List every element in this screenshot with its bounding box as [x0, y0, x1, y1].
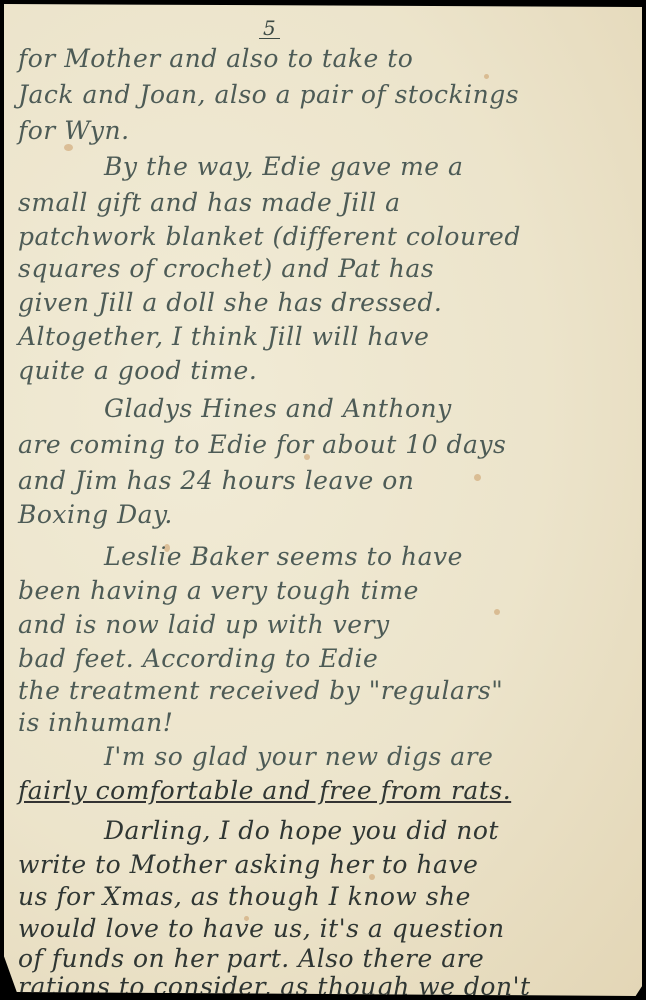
- letter-line: fairly comfortable and free from rats.: [18, 776, 511, 805]
- letter-line: is inhuman!: [18, 708, 173, 737]
- letter-line: small gift and has made Jill a: [18, 188, 401, 217]
- letter-line: write to Mother asking her to have: [18, 850, 478, 879]
- letter-line: Jack and Joan, also a pair of stockings: [18, 80, 519, 109]
- letter-line: us for Xmas, as though I know she: [18, 882, 471, 911]
- letter-page: 5 for Mother and also to take to Jack an…: [4, 4, 642, 996]
- letter-line: for Mother and also to take to: [18, 44, 413, 73]
- letter-line: Boxing Day.: [18, 500, 173, 529]
- letter-line: squares of crochet) and Pat has: [18, 254, 434, 283]
- letter-line: for Wyn.: [18, 116, 130, 145]
- stain: [474, 474, 481, 481]
- letter-line: are coming to Edie for about 10 days: [18, 430, 506, 459]
- stain: [494, 609, 500, 615]
- stain: [484, 74, 489, 79]
- letter-line: Gladys Hines and Anthony: [104, 394, 452, 423]
- letter-line: the treatment received by "regulars": [18, 676, 503, 705]
- letter-line: Altogether, I think Jill will have: [18, 322, 429, 351]
- letter-line: of funds on her part. Also there are: [18, 944, 484, 973]
- letter-line: By the way, Edie gave me a: [104, 152, 463, 181]
- stain: [64, 144, 73, 151]
- letter-line: and is now laid up with very: [18, 610, 390, 639]
- letter-line: rations to consider, as though we don't: [18, 972, 531, 996]
- letter-line: bad feet. According to Edie: [18, 644, 378, 673]
- letter-line: I'm so glad your new digs are: [104, 742, 493, 771]
- page-number: 5: [259, 18, 280, 39]
- letter-line: been having a very tough time: [18, 576, 419, 605]
- letter-line: Leslie Baker seems to have: [104, 542, 463, 571]
- letter-line: Darling, I do hope you did not: [104, 816, 499, 845]
- letter-line: patchwork blanket (different coloured: [18, 222, 521, 251]
- letter-line: given Jill a doll she has dressed.: [18, 288, 442, 317]
- letter-line: quite a good time.: [18, 356, 257, 385]
- letter-line: would love to have us, it's a question: [18, 914, 505, 943]
- letter-line: and Jim has 24 hours leave on: [18, 466, 414, 495]
